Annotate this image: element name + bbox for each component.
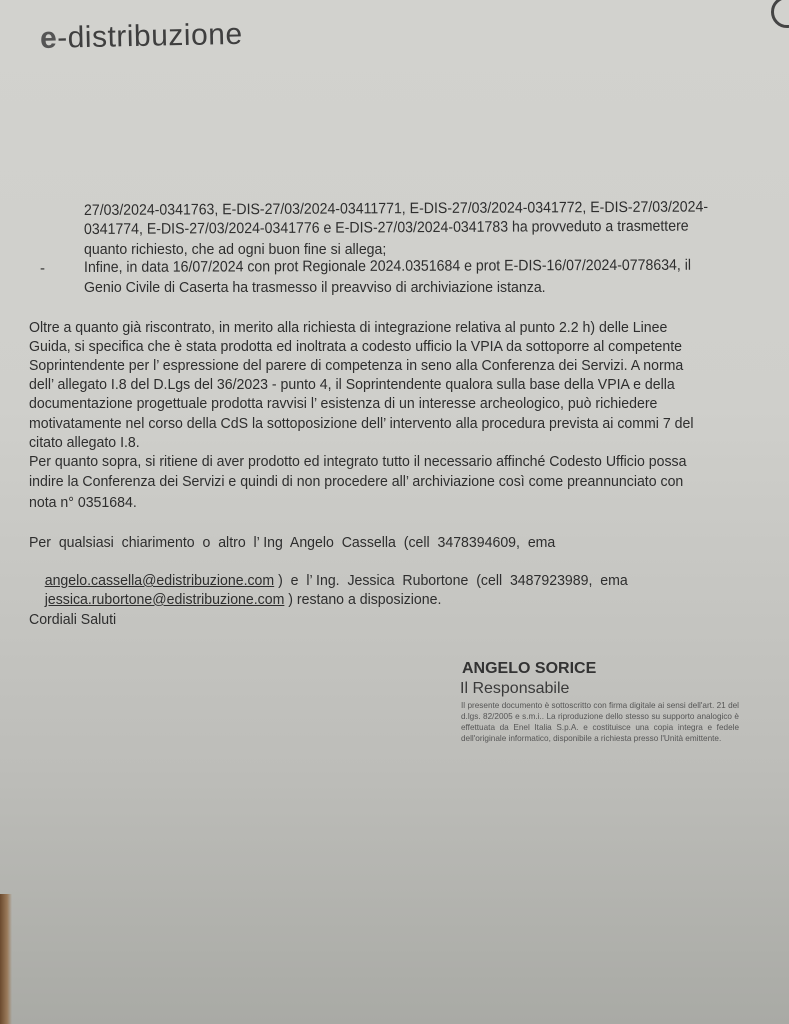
document-page: e-distribuzione 27/03/2024-0341763, E-DI… — [0, 0, 789, 1024]
bullet-line: Infine, in data 16/07/2024 con prot Regi… — [84, 256, 691, 277]
email-link-rubortone[interactable]: jessica.rubortone@edistribuzione.com — [45, 591, 285, 608]
paragraph-line: citato allegato I.8. — [29, 433, 140, 452]
list-continuation-line: 0341774, E-DIS-27/03/2024-0341776 e E-DI… — [84, 217, 689, 239]
closing-salutation: Cordiali Saluti — [29, 610, 116, 629]
paragraph-line: dell’ allegato I.8 del D.Lgs del 36/2023… — [29, 375, 675, 394]
paragraph-line: Guida, si specifica che è stata prodotta… — [29, 337, 682, 356]
signatory-name: ANGELO SORICE — [462, 660, 596, 678]
logo-e-icon: e — [40, 22, 58, 55]
paragraph-line: Per quanto sopra, si ritiene di aver pro… — [29, 452, 686, 471]
signatory-role: Il Responsabile — [460, 680, 569, 698]
logo-text: -distribuzione — [57, 18, 243, 55]
paragraph-line: indire la Conferenza dei Servizi e quind… — [29, 472, 683, 491]
company-logo: e-distribuzione — [40, 18, 243, 56]
bullet-marker: - — [40, 260, 45, 277]
corner-ring-mark — [771, 0, 789, 28]
desk-edge — [0, 894, 12, 1024]
paragraph-line: nota n° 0351684. — [29, 493, 137, 512]
contacts-text: ) restano a disposizione. — [284, 591, 441, 608]
paragraph-line: documentazione progettuale prodotta ravv… — [29, 394, 657, 413]
paragraph-line: Oltre a quanto già riscontrato, in merit… — [29, 318, 667, 337]
paragraph-line: Soprintendente per l’ espressione del pa… — [29, 356, 683, 375]
contacts-line: Per qualsiasi chiarimento o altro l’ Ing… — [29, 533, 555, 552]
bullet-line: Genio Civile di Caserta ha trasmesso il … — [84, 278, 546, 297]
paragraph-line: motivatamente nel corso della CdS la sot… — [29, 414, 693, 433]
digital-signature-disclaimer: Il presente documento è sottoscritto con… — [461, 700, 739, 744]
